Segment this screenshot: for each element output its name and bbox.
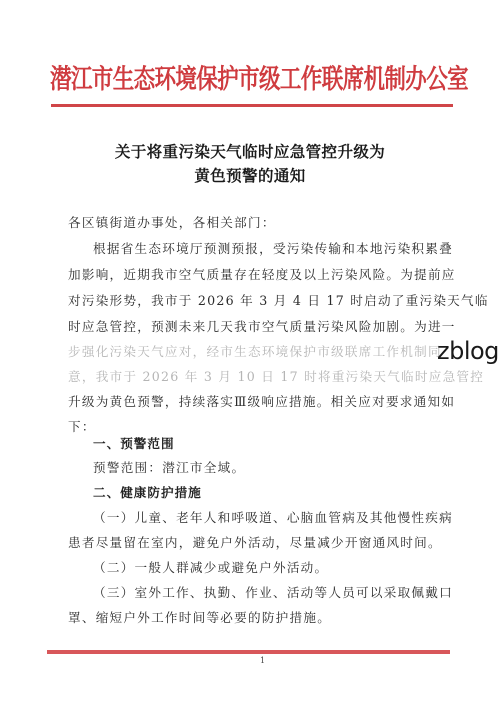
letterhead-red-rule (51, 104, 453, 107)
section-heading-warning-scope: 一、预警范围 (93, 433, 175, 452)
paragraph-line: 下： (68, 416, 96, 435)
paragraph-line: 升级为黄色预警，持续落实Ⅲ级响应措施。相关应对要求通知如 (68, 391, 455, 410)
document-title-line-2: 黄色预警的通知 (0, 164, 500, 186)
document-title-line-1: 关于将重污染天气临时应急管控升级为 (0, 140, 500, 162)
paragraph-line: 加影响，近期我市空气质量存在轻度及以上污染风险。为提前应 (68, 264, 456, 283)
paragraph-line: 根据省生态环境厅预测预报，受污染传输和本地污染积累叠 (93, 238, 453, 257)
paragraph-line: 意，我市于 2026 年 3 月 10 日 17 时将重污染天气临时应急管控 (68, 366, 484, 385)
measure-item-3: （三）室外工作、执勤、作业、活动等人员可以采取佩戴口 (93, 582, 453, 601)
measure-item-1-cont: 患者尽量留在室内，避免户外活动，尽量减少开窗通风时间。 (68, 532, 442, 551)
footer-red-rule (47, 650, 450, 654)
section-heading-health-protection: 二、健康防护措施 (93, 482, 202, 501)
letterhead-org-name: 潜江市生态环境保护市级工作联席机制办公室 (50, 58, 454, 97)
measure-item-3-cont: 罩、缩短户外工作时间等必要的防护措施。 (68, 607, 331, 626)
paragraph-line: 步强化污染天气应对，经市生态环境保护市级联席工作机制同 (68, 341, 442, 360)
paragraph-line: 对污染形势，我市于 2026 年 3 月 4 日 17 时启动了重污染天气临 (68, 290, 489, 309)
page-number: 1 (260, 656, 265, 665)
measure-item-1: （一）儿童、老年人和呼吸道、心脑血管病及其他慢性疾病 (93, 507, 453, 526)
measure-item-2: （二）一般人群减少或避免户外活动。 (93, 557, 328, 576)
warning-scope-content: 预警范围：潜江市全域。 (93, 457, 245, 476)
watermark-text: zblog (437, 337, 499, 365)
paragraph-line: 时应急管控，预测未来几天我市空气质量污染风险加剧。为进一 (68, 316, 456, 335)
addressee: 各区镇街道办事处，各相关部门： (68, 212, 276, 231)
